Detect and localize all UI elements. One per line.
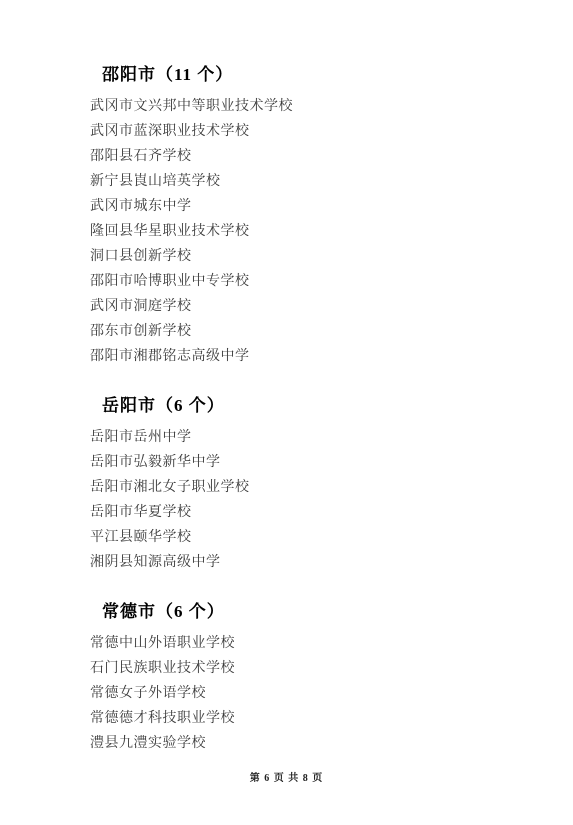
school-item: 常德女子外语学校: [90, 681, 533, 706]
page-footer: 第 6 页 共 8 页: [0, 768, 573, 786]
city-section-3: 常德市（6 个）常德中山外语职业学校石门民族职业技术学校常德女子外语学校常德德才…: [90, 599, 533, 756]
school-item: 常德中山外语职业学校: [90, 631, 533, 656]
school-item: 岳阳市弘毅新华中学: [90, 450, 533, 475]
school-item: 邵阳市湘郡铭志高级中学: [90, 344, 533, 369]
school-item: 武冈市洞庭学校: [90, 294, 533, 319]
school-item: 邵阳市哈博职业中专学校: [90, 269, 533, 294]
city-heading: 岳阳市（6 个）: [102, 393, 533, 419]
city-section-2: 岳阳市（6 个）岳阳市岳州中学岳阳市弘毅新华中学岳阳市湘北女子职业学校岳阳市华夏…: [90, 393, 533, 575]
school-item: 湘阴县知源高级中学: [90, 550, 533, 575]
school-item: 武冈市蓝深职业技术学校: [90, 119, 533, 144]
school-item: 隆回县华星职业技术学校: [90, 219, 533, 244]
school-item: 新宁县崀山培英学校: [90, 169, 533, 194]
city-section-1: 邵阳市（11 个）武冈市文兴邦中等职业技术学校武冈市蓝深职业技术学校邵阳县石齐学…: [90, 62, 533, 369]
school-item: 常德德才科技职业学校: [90, 706, 533, 731]
school-item: 武冈市文兴邦中等职业技术学校: [90, 94, 533, 119]
school-item: 石门民族职业技术学校: [90, 656, 533, 681]
page-number-label: 第 6 页 共 8 页: [250, 773, 324, 784]
school-item: 岳阳市华夏学校: [90, 500, 533, 525]
school-list: 邵阳市（11 个）武冈市文兴邦中等职业技术学校武冈市蓝深职业技术学校邵阳县石齐学…: [90, 0, 533, 756]
school-item: 邵阳县石齐学校: [90, 144, 533, 169]
school-item: 邵东市创新学校: [90, 319, 533, 344]
city-heading: 常德市（6 个）: [102, 599, 533, 625]
school-item: 武冈市城东中学: [90, 194, 533, 219]
school-item: 澧县九澧实验学校: [90, 731, 533, 756]
document-page: 邵阳市（11 个）武冈市文兴邦中等职业技术学校武冈市蓝深职业技术学校邵阳县石齐学…: [0, 0, 573, 825]
city-heading: 邵阳市（11 个）: [102, 62, 533, 88]
school-item: 平江县颐华学校: [90, 525, 533, 550]
school-item: 岳阳市湘北女子职业学校: [90, 475, 533, 500]
school-item: 洞口县创新学校: [90, 244, 533, 269]
school-item: 岳阳市岳州中学: [90, 425, 533, 450]
